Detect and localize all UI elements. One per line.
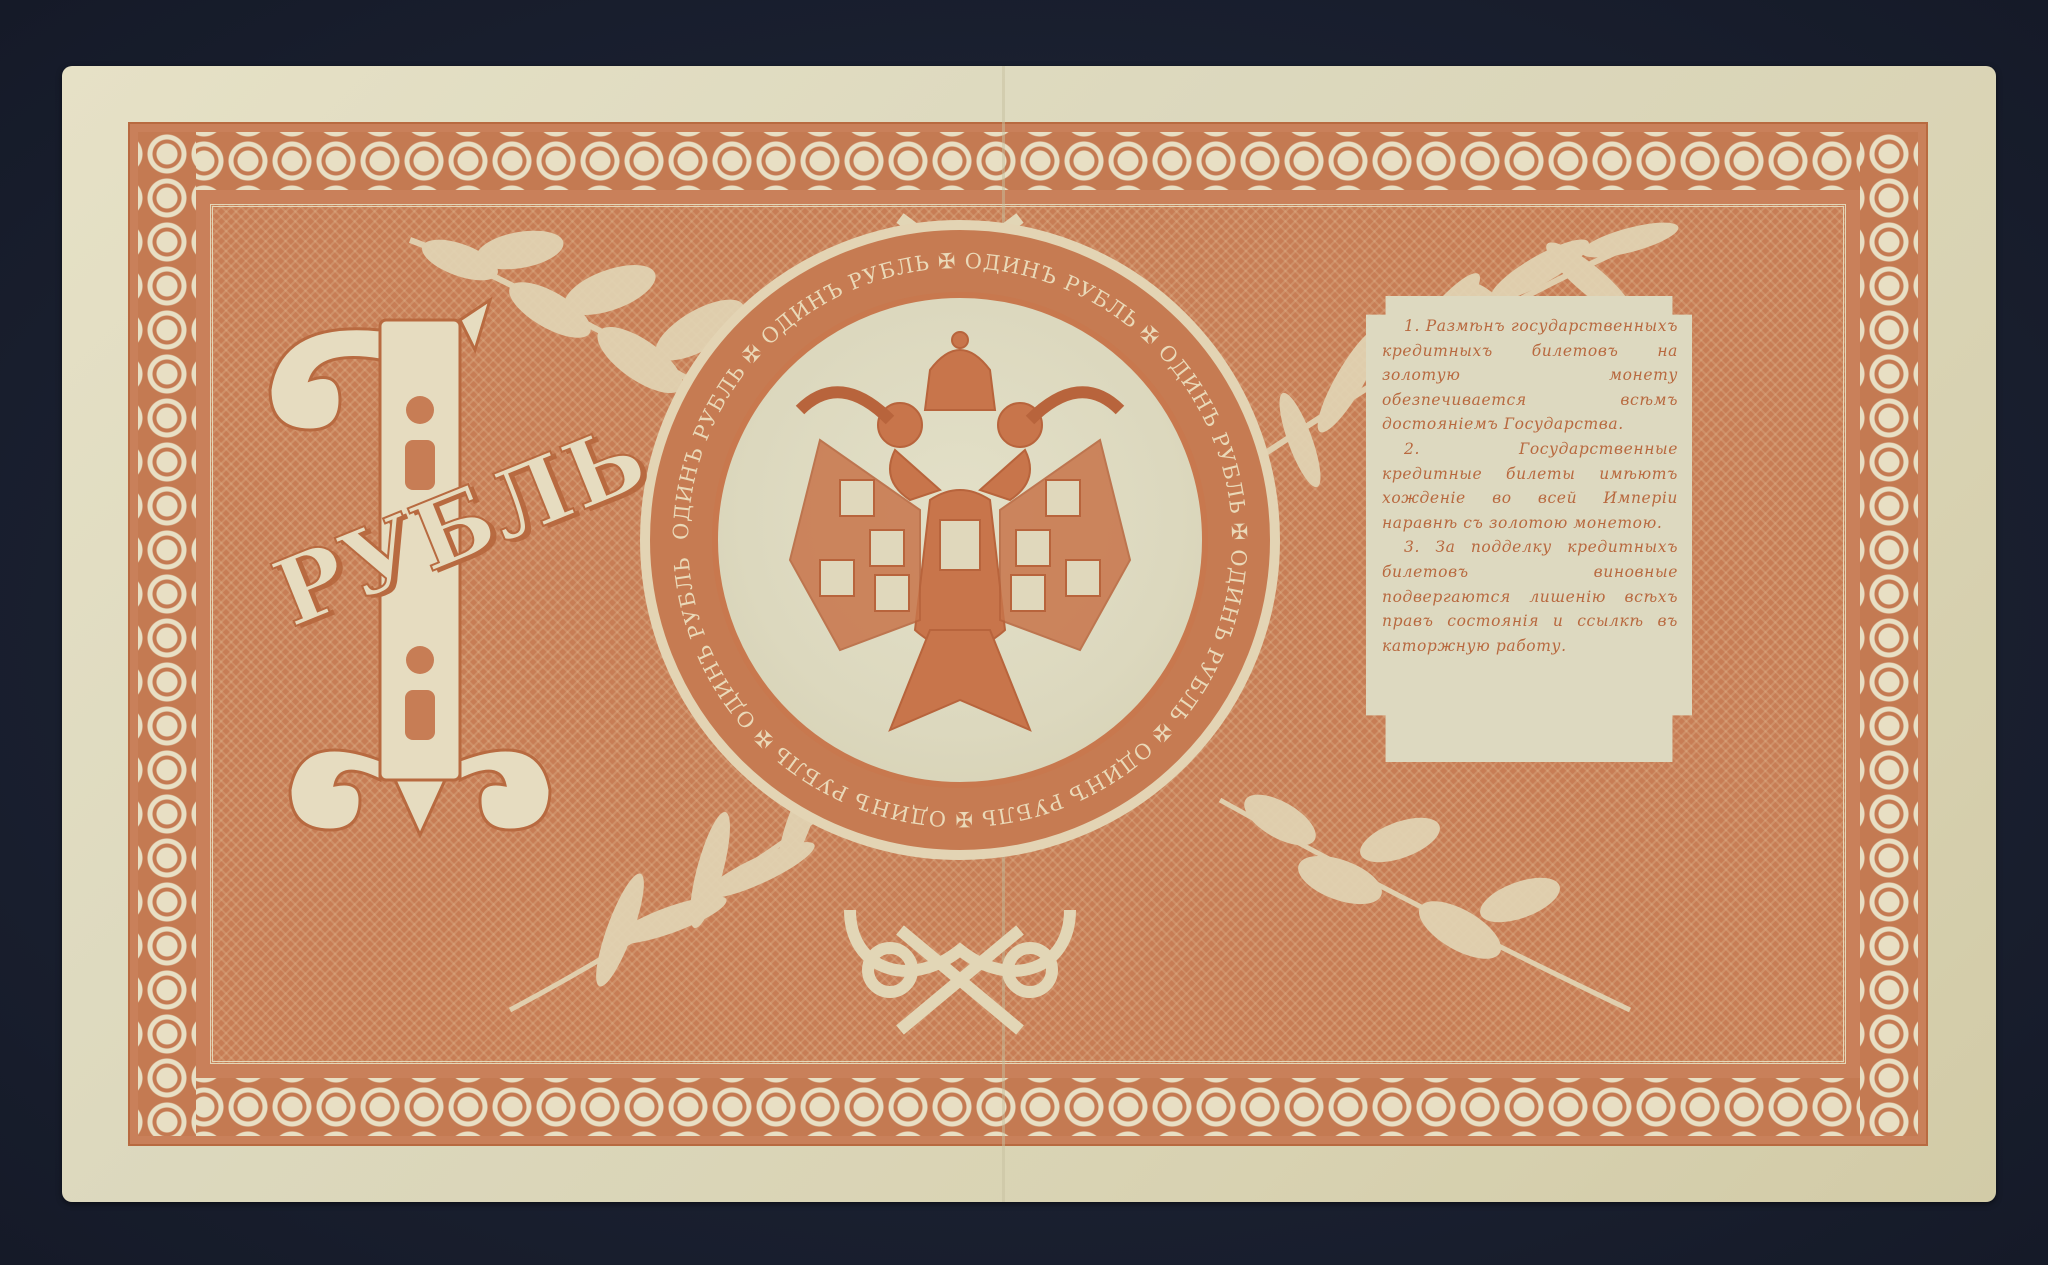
inscription-text: 1. Размѣнъ государственныхъ кредитныхъ б… (1382, 314, 1678, 658)
inscription-paragraph-3: 3. За подделку кредитныхъ билетовъ винов… (1382, 535, 1678, 658)
chain-border-left (138, 132, 196, 1136)
knotwork-bottom-icon (830, 900, 1090, 1040)
inscription-paragraph-2: 2. Государственные кредитные билеты имѣю… (1382, 437, 1678, 535)
numeral-text: 1 (220, 290, 230, 294)
chain-border-bottom (138, 1078, 1918, 1136)
chain-border-right (1860, 132, 1918, 1136)
double-headed-eagle-icon (780, 330, 1140, 750)
chain-border-top (138, 132, 1918, 190)
inscription-paragraph-1: 1. Размѣнъ государственныхъ кредитныхъ б… (1382, 314, 1678, 437)
